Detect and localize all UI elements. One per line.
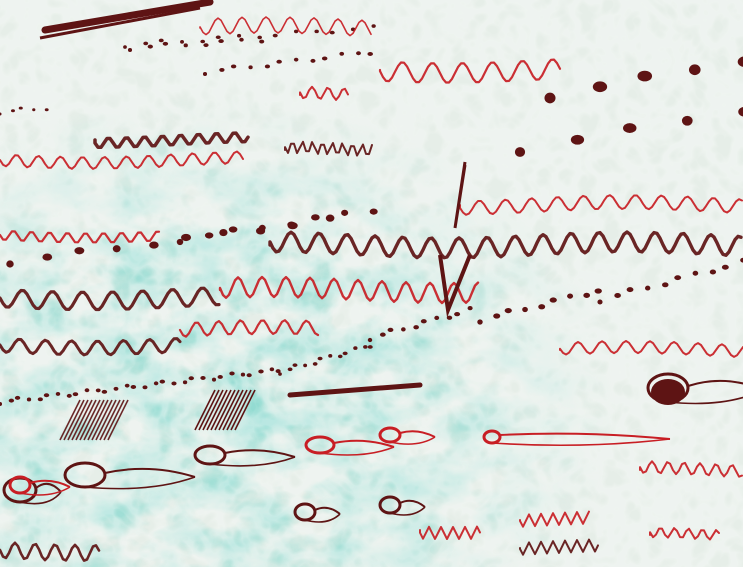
- painting-canvas: [0, 0, 743, 567]
- abstract-painting: [0, 0, 743, 567]
